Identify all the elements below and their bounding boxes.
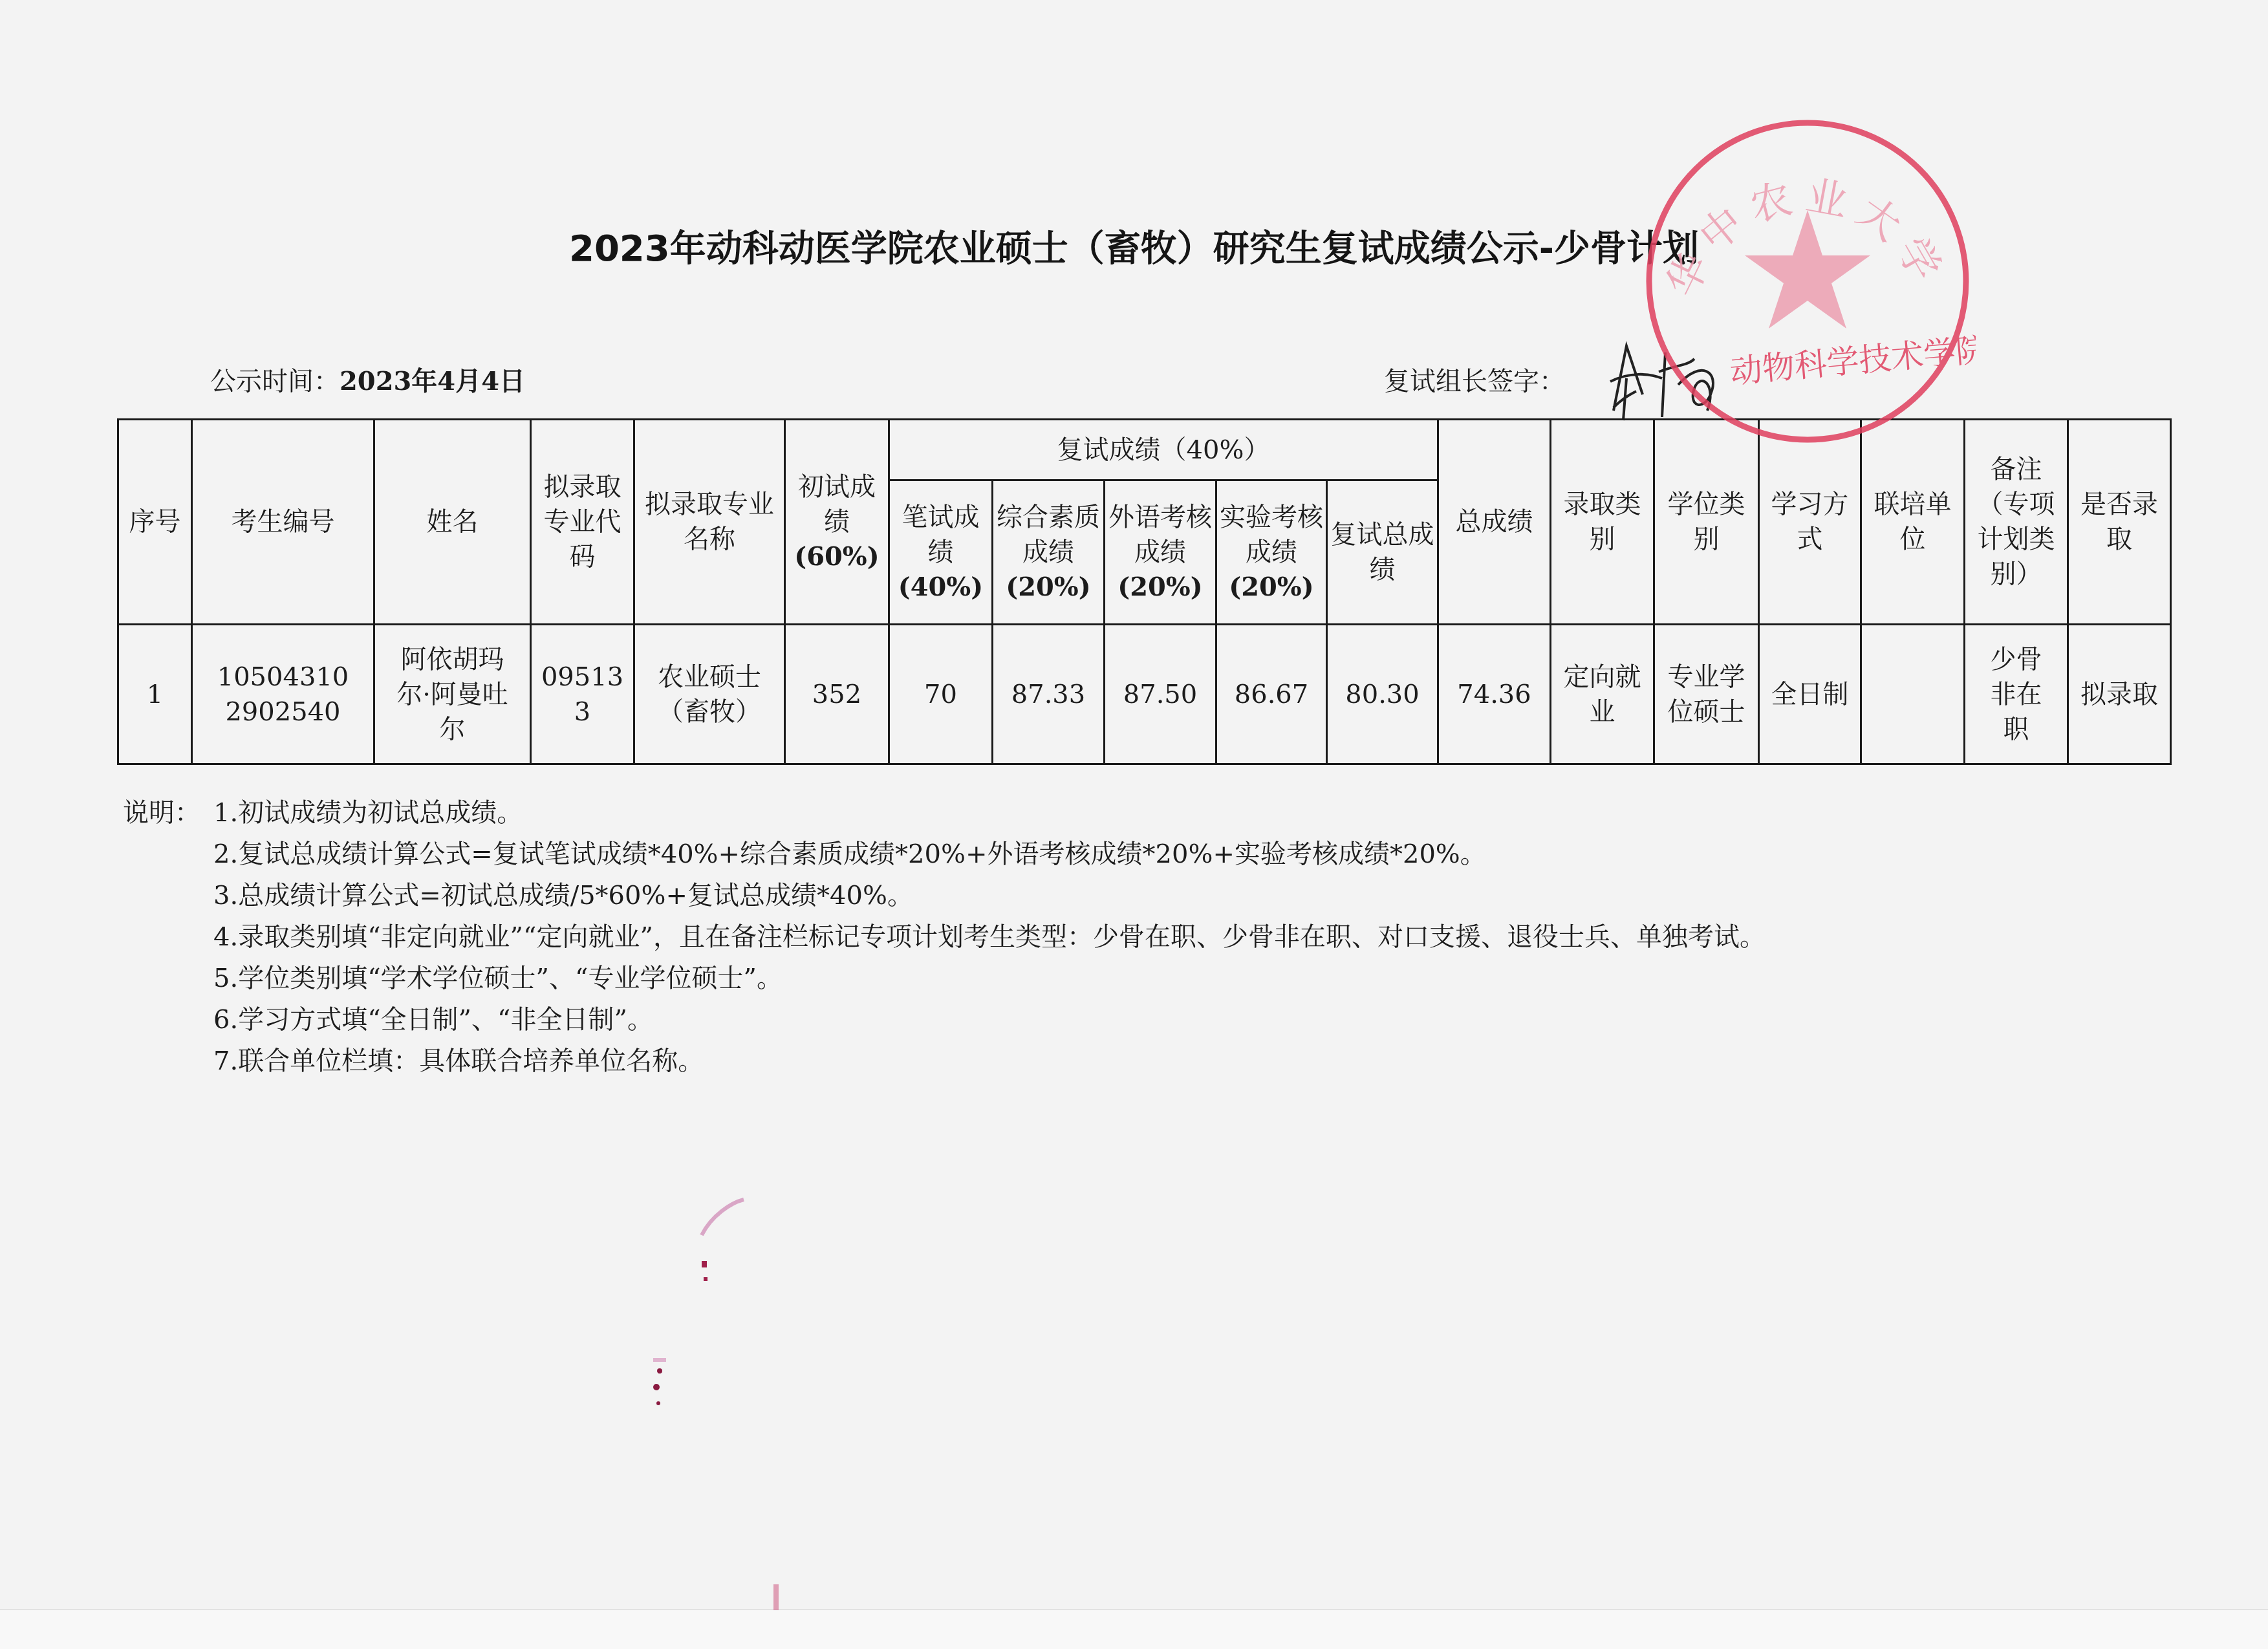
header-foreign-lang-label: 外语考核成绩 [1108,502,1212,567]
header-comprehensive-label: 综合素质成绩 [997,502,1100,567]
header-foreign-lang-pct: (20%) [1118,572,1203,602]
header-retest-group: 复试成绩（40%） [889,420,1438,480]
cell-joint-unit [1861,625,1965,764]
cell-foreign-lang: 87.50 [1105,625,1216,764]
header-degree-type: 学位类别 [1654,420,1759,625]
header-experiment-pct: (20%) [1229,572,1314,602]
cell-retest-total: 80.30 [1327,625,1438,764]
ink-smudge [673,1183,802,1390]
header-prelim: 初试成绩 (60%) [785,420,889,625]
header-foreign-lang: 外语考核成绩 (20%) [1105,480,1216,625]
cell-admitted: 拟录取 [2068,625,2171,764]
note-item: 6.学习方式填“全日制”、“非全日制”。 [123,999,1766,1040]
ink-smudge [640,1358,692,1436]
header-name: 姓名 [374,420,531,625]
header-major-name: 拟录取专业名称 [634,420,785,625]
header-joint-unit: 联培单位 [1861,420,1965,625]
cell-major-name: 农业硕士（畜牧） [634,625,785,764]
cell-remark: 少骨非在职 [1965,625,2068,764]
note-item: 说明：1.初试成绩为初试总成绩。 [123,792,1766,834]
cell-comprehensive: 87.33 [993,625,1105,764]
cell-admission-type: 定向就业 [1551,625,1654,764]
header-comprehensive: 综合素质成绩 (20%) [993,480,1105,625]
handwritten-signature-icon [1597,333,1727,424]
header-written-label: 笔试成绩 [902,502,980,567]
header-prelim-pct: (60%) [794,541,880,572]
score-table: 序号 考生编号 姓名 拟录取专业代码 拟录取专业名称 初试成绩 (60%) 复试… [117,418,2172,765]
header-comprehensive-pct: (20%) [1006,572,1091,602]
cell-exam-no: 105043102902540 [192,625,374,764]
note-item: 3.总成绩计算公式=初试总成绩/5*60%+复试总成绩*40%。 [123,875,1766,916]
header-study-mode: 学习方式 [1759,420,1861,625]
header-seq: 序号 [118,420,192,625]
header-experiment: 实验考核成绩 (20%) [1216,480,1327,625]
header-major-code: 拟录取专业代码 [531,420,634,625]
note-item: 4.录取类别填“非定向就业”“定向就业”，且在备注栏标记专项计划考生类型：少骨在… [123,916,1766,958]
note-item: 2.复试总成绩计算公式=复试笔试成绩*40%+综合素质成绩*20%+外语考核成绩… [123,834,1766,875]
note-text: 1.初试成绩为初试总成绩。 [213,798,523,828]
document-title: 2023年动科动医学院农业硕士（畜牧）研究生复试成绩公示-少骨计划 [0,220,2268,272]
cell-degree-type: 专业学位硕士 [1654,625,1759,764]
publish-time: 公示时间：2023年4月4日 [210,361,525,398]
notes-section: 说明：1.初试成绩为初试总成绩。 2.复试总成绩计算公式=复试笔试成绩*40%+… [123,792,1766,1082]
note-item: 5.学位类别填“学术学位硕士”、“专业学位硕士”。 [123,958,1766,999]
cell-name: 阿依胡玛尔·阿曼吐尔 [374,625,531,764]
publish-time-label: 公示时间： [210,367,340,396]
seal-bottom-text: 动物科学技术学院 [1729,330,1976,391]
cell-major-code: 095133 [531,625,634,764]
cell-experiment: 86.67 [1216,625,1327,764]
header-admitted: 是否录取 [2068,420,2171,625]
cell-total: 74.36 [1438,625,1551,764]
header-prelim-label: 初试成绩 [798,472,876,537]
header-total: 总成绩 [1438,420,1551,625]
signer-label: 复试组长签字： [1384,361,1565,398]
notes-lead: 说明： [123,792,213,834]
header-admission-type: 录取类别 [1551,420,1654,625]
header-written: 笔试成绩 (40%) [889,480,993,625]
header-experiment-label: 实验考核成绩 [1220,502,1323,567]
note-item: 7.联合单位栏填：具体联合培养单位名称。 [123,1040,1766,1082]
header-written-pct: (40%) [898,572,984,602]
header-exam-no: 考生编号 [192,420,374,625]
cell-seq: 1 [118,625,192,764]
cell-prelim: 352 [785,625,889,764]
scan-paper-edge [0,1609,2268,1649]
table-row: 1 105043102902540 阿依胡玛尔·阿曼吐尔 095133 农业硕士… [118,625,2171,764]
header-remark: 备注（专项计划类别） [1965,420,2068,625]
cell-study-mode: 全日制 [1759,625,1861,764]
cell-written: 70 [889,625,993,764]
header-retest-total: 复试总成绩 [1327,480,1438,625]
publish-time-value: 2023年4月4日 [340,366,525,396]
